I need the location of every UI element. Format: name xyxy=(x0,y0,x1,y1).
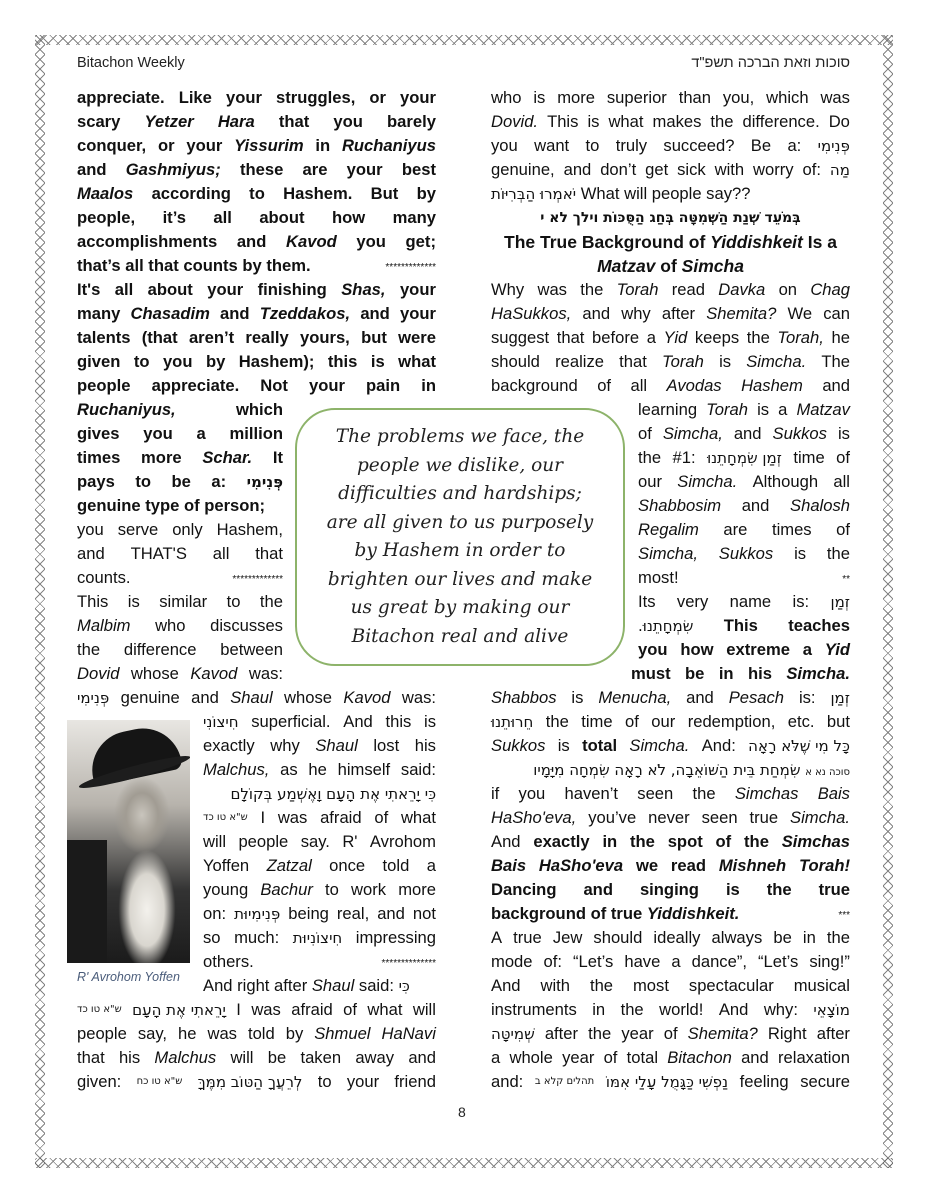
text-line: others. xyxy=(203,952,254,971)
decorative-border-bottom xyxy=(35,1158,893,1168)
right-column: whoismoresuperiorthanyou,whichwas Dovid.… xyxy=(491,86,850,1094)
decorative-border-left xyxy=(35,35,45,1168)
hebrew-quote: כִּי יָרֵאתִי אֶת הָעָם וָאֶשְׁמַע בְּקו… xyxy=(203,782,436,806)
text-line: most! xyxy=(638,568,679,587)
heading-hebrew: בְּמֹעֵד שְׁנַת הַשְּׁמִטָּה בְּחַג הַסֻ… xyxy=(491,206,850,230)
decorative-border-top xyxy=(35,35,893,45)
photo-caption: R' Avrohom Yoffen xyxy=(67,970,190,984)
issue-title-hebrew: סוכות וזאת הברכה תשפ"ד xyxy=(691,55,850,71)
paragraph-superior: whoismoresuperiorthanyou,whichwas Dovid.… xyxy=(491,86,850,206)
section-separator: *** xyxy=(838,904,850,926)
section-heading: בְּמֹעֵד שְׁנַת הַשְּׁמִטָּה בְּחַג הַסֻ… xyxy=(491,206,850,278)
decorative-border-right xyxy=(883,35,893,1168)
section-separator: ************* xyxy=(385,256,436,278)
paragraph-struggles: appreciate.Likeyourstruggles,oryour scar… xyxy=(77,86,436,278)
shoulder-shape xyxy=(67,840,107,963)
text-line: genuine type of person; xyxy=(77,494,283,518)
paragraph-torah-simcha: WhywastheTorahreadDavkaonChag HaSukkos,a… xyxy=(491,278,850,686)
publication-title: Bitachon Weekly xyxy=(77,55,185,71)
portrait-photo xyxy=(67,720,190,963)
section-separator: ************** xyxy=(382,952,436,974)
section-separator: ** xyxy=(842,568,850,590)
paragraph-true-jew: AtrueJewshouldideallyalwaysbeinthe modeo… xyxy=(491,926,850,1094)
text-line: appreciate. xyxy=(77,86,165,110)
page-number: 8 xyxy=(458,1104,466,1120)
text-line: counts. xyxy=(77,568,131,587)
section-separator: ************* xyxy=(232,568,283,590)
text-line: that’s all that counts by them. xyxy=(77,256,311,275)
narrow-text-block: Ruchaniyus,which givesyouamillion timesm… xyxy=(77,398,283,686)
paragraph-sukkos-total-simcha: ShabbosisMenucha,andPesachis:זְמַן חֵרוּ… xyxy=(491,686,850,926)
paragraph-shas: It'sallaboutyourfinishingShas,your manyC… xyxy=(77,278,436,398)
